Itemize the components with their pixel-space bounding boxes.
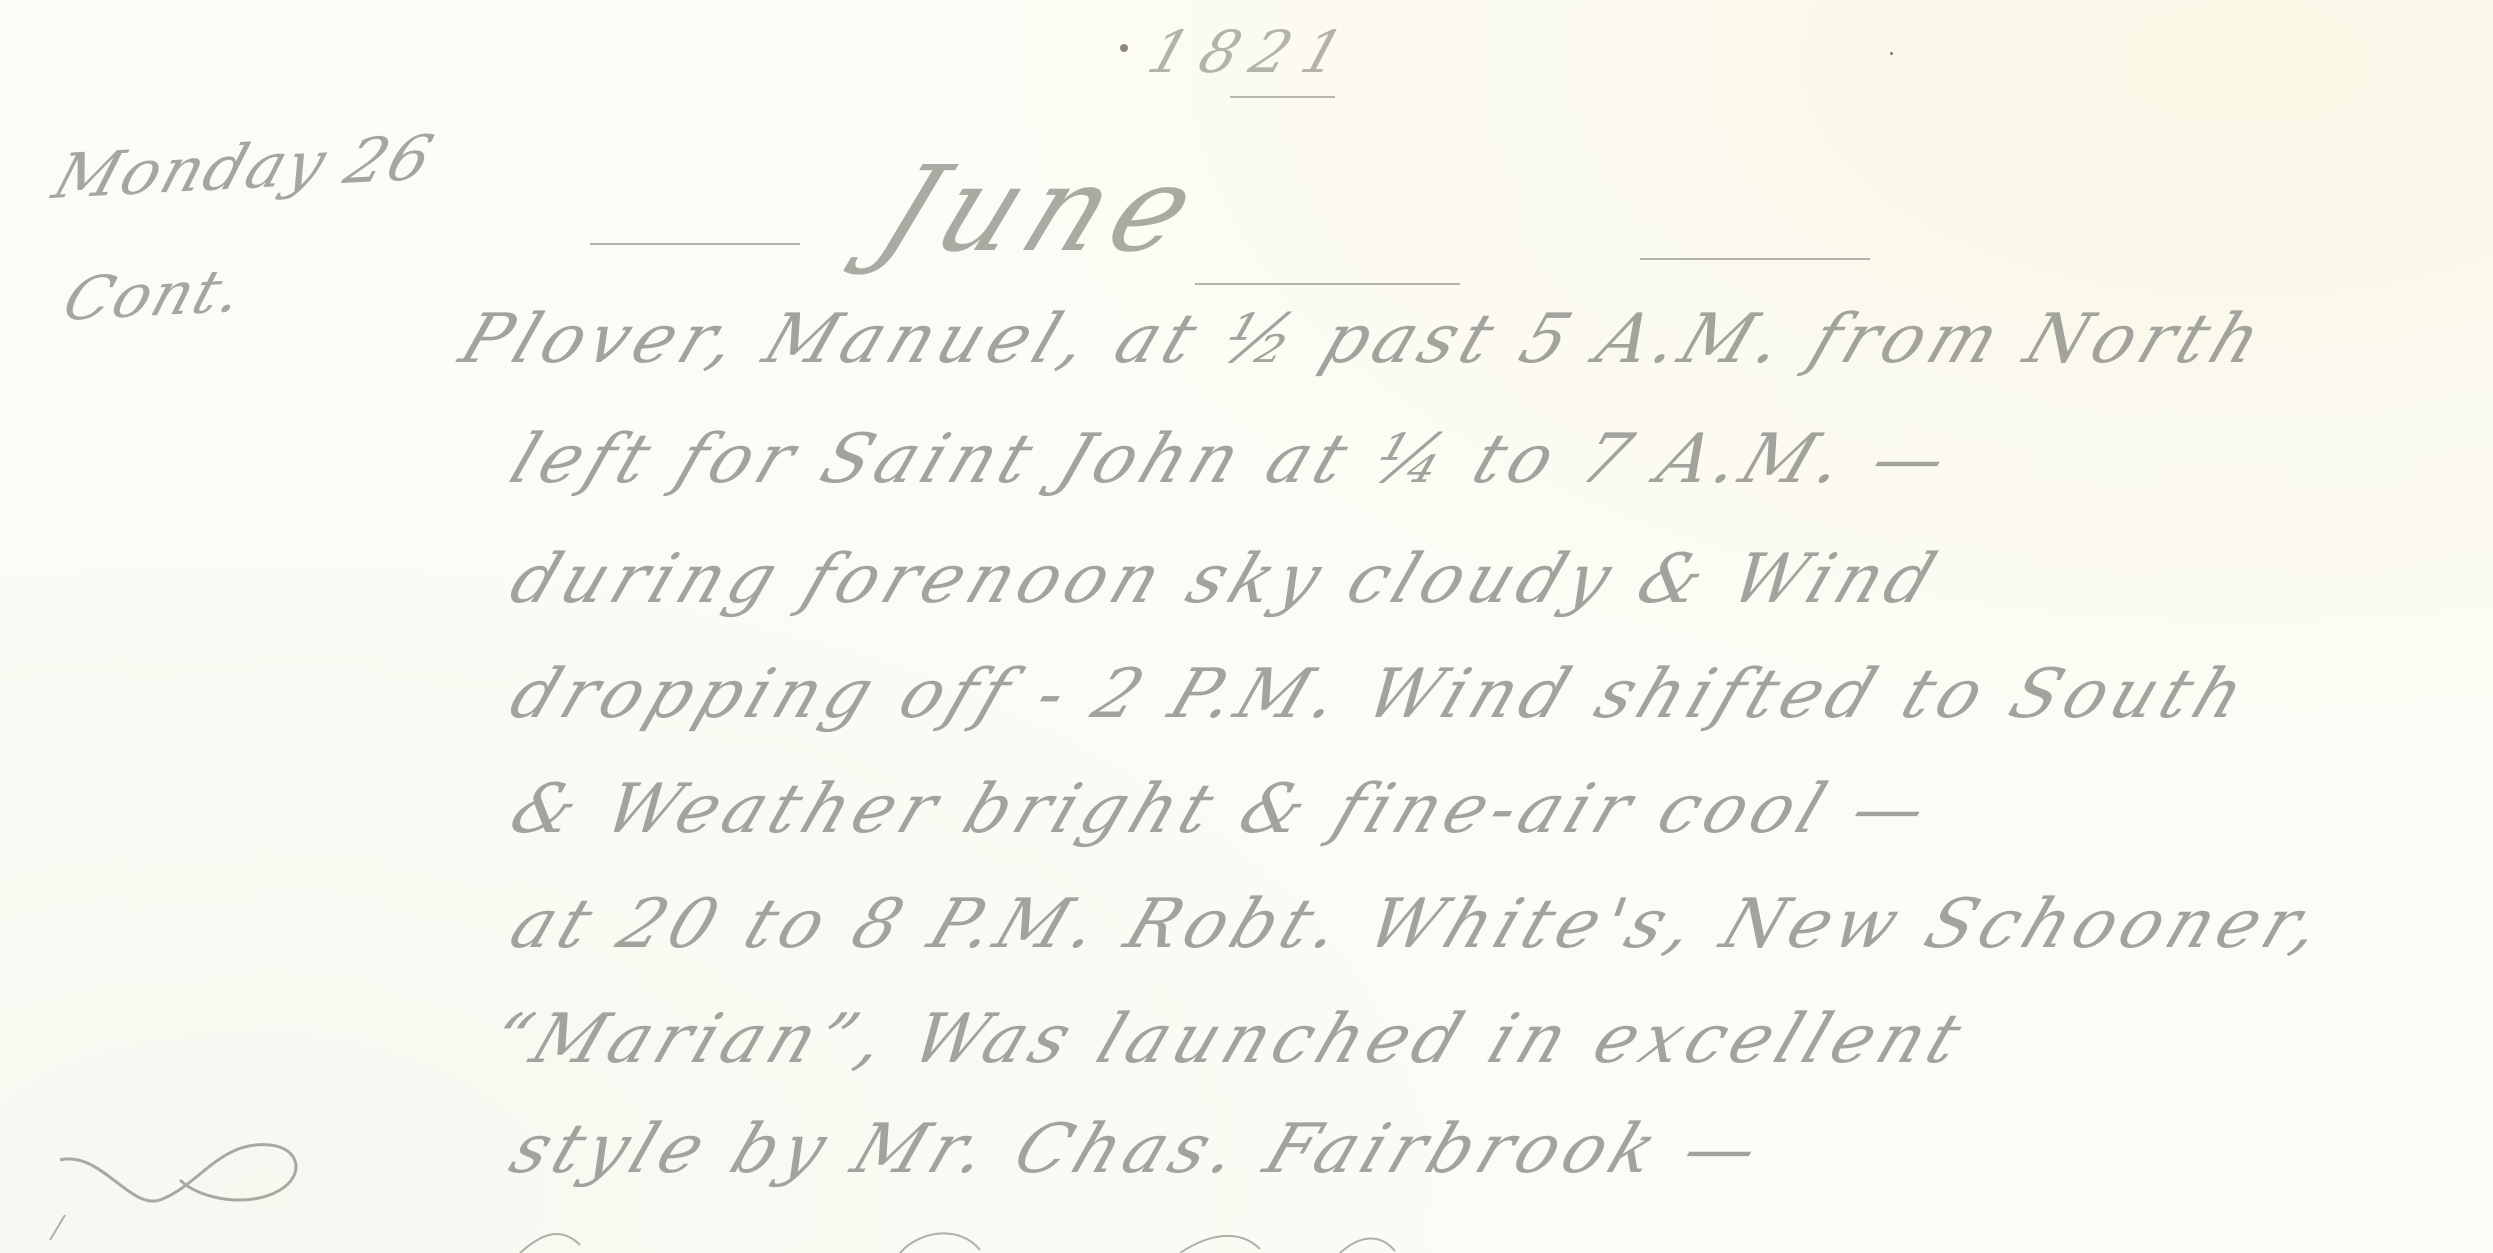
entry-line: Plover, Manuel, at ½ past 5 A.M. from No… bbox=[450, 300, 2277, 379]
journal-page: 1821 June Monday 26 Cont. Plover, Manuel… bbox=[0, 0, 2493, 1253]
entry-line: left for Saint John at ¼ to 7 A.M. — bbox=[500, 420, 1963, 499]
margin-date: Monday 26 bbox=[45, 121, 443, 213]
month-heading: June bbox=[860, 140, 1225, 278]
month-underline bbox=[1195, 283, 1460, 285]
ink-speck bbox=[1890, 52, 1893, 55]
entry-line: style by Mr. Chas. Fairbrook — bbox=[500, 1110, 1775, 1189]
entry-line: & Weather bright & fine-air cool — bbox=[500, 770, 1943, 849]
ink-blot bbox=[1120, 44, 1128, 52]
cropped-next-line bbox=[0, 1215, 2493, 1253]
entry-line: at 20 to 8 P.M. Robt. White's, New Schoo… bbox=[500, 885, 2338, 964]
entry-line: dropping off - 2 P.M. Wind shifted to So… bbox=[500, 655, 2260, 734]
month-rule-right bbox=[1640, 258, 1870, 260]
margin-continued-note: Cont. bbox=[55, 256, 254, 335]
year-underline bbox=[1230, 96, 1335, 98]
year-heading: 1821 bbox=[1140, 18, 1366, 86]
entry-line: during forenoon sky cloudy & Wind bbox=[500, 540, 1951, 619]
entry-line: “Marian”, Was launched in excellent bbox=[480, 1000, 1977, 1079]
month-rule-left bbox=[590, 243, 800, 245]
